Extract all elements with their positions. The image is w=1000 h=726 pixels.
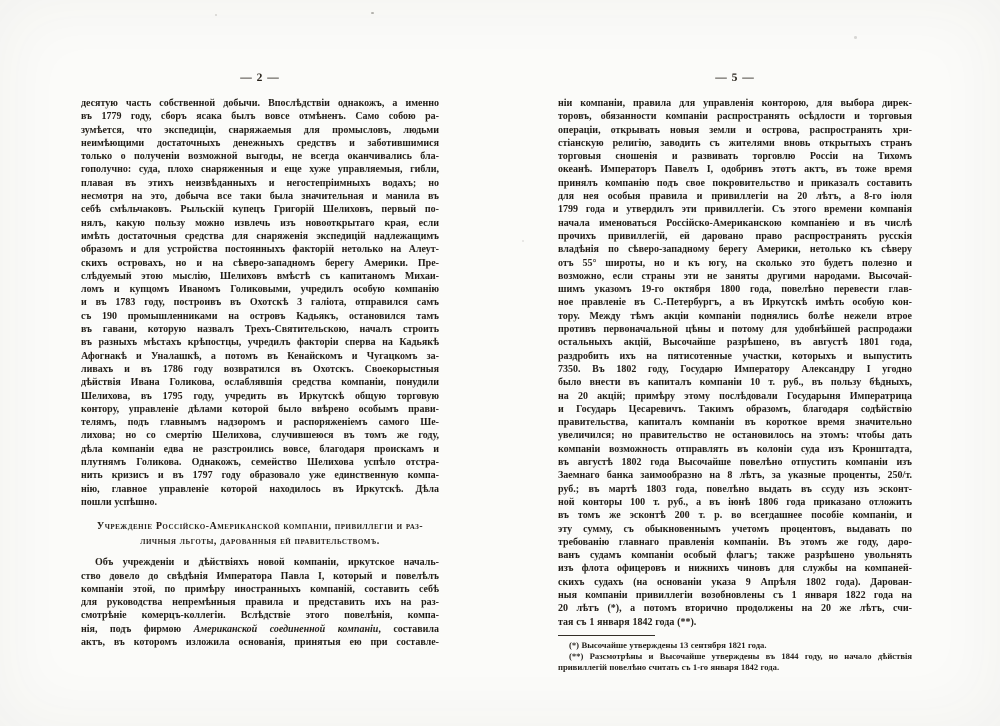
text-line: требованію главнаго правленія компаніи. … bbox=[558, 536, 912, 549]
text-line: противъ первоначальной цѣны и потому для… bbox=[558, 323, 912, 336]
text-line: актъ, въ которомъ изложила основанія, пр… bbox=[81, 636, 439, 649]
right-page: — 5 — ніи компаніи, правила для управлен… bbox=[558, 0, 912, 726]
text-line: ванъ судамъ компаніи особый флагъ; также… bbox=[558, 549, 912, 562]
footnote-rule bbox=[558, 635, 655, 636]
left-page-number: — 2 — bbox=[81, 72, 439, 84]
left-page: — 2 — десятую часть собственной добычи. … bbox=[81, 0, 439, 726]
text-line: океанѣ. Императоръ Павелъ I, одобривъ эт… bbox=[558, 163, 912, 176]
paragraph: Объ учрежденіи и дѣйствіяхъ новой компан… bbox=[81, 556, 439, 649]
text-line: Объ учрежденіи и дѣйствіяхъ новой компан… bbox=[81, 556, 439, 569]
text-line: торговыя сношенія и развивать торговлю Р… bbox=[558, 150, 912, 163]
text-line: гополучно: суда, плохо снаряженныя и еще… bbox=[81, 163, 439, 176]
text-line: въ августѣ 1802 года Высочайше повелѣно … bbox=[558, 456, 912, 469]
heading-line: Учрежденіе Россійско-Американской компан… bbox=[81, 520, 439, 535]
text-line: плутнямъ Голикова. Однакожъ, семейство Ш… bbox=[81, 456, 439, 469]
text-line: несмотря на это, добыча все таки была зн… bbox=[81, 190, 439, 203]
text-line: для нея особыя правила и привиллегіи на … bbox=[558, 190, 912, 203]
text-line: неимѣющими достаточныхъ денежныхъ средст… bbox=[81, 137, 439, 150]
text-line: нялъ, какую пользу можно извлечь изъ нов… bbox=[81, 217, 439, 230]
text-line: Заемнаго банка заимообразно на 8 лѣтъ, з… bbox=[558, 469, 912, 482]
text-line: въ гавани, которую назвалъ Трехъ-Святите… bbox=[81, 323, 439, 336]
text-line: нить кризисъ и въ 1797 году образовало у… bbox=[81, 469, 439, 482]
text-line: ливахъ и въ 1786 году возвратился въ Охо… bbox=[81, 363, 439, 376]
text-line: 20 лѣтъ (*), а потомъ вторично продолжен… bbox=[558, 602, 912, 615]
text-line: зумѣется, что экспедиціи, снаряжаемыя дл… bbox=[81, 124, 439, 137]
text-line: ломъ и купцомъ Иваномъ Голиковыми, учред… bbox=[81, 283, 439, 296]
text-line: компаніи возможность отправлять въ колон… bbox=[558, 443, 912, 456]
paragraph: ніи компаніи, правила для управленія кон… bbox=[558, 97, 912, 629]
text-line: стіанскую религію, заводить съ жителями … bbox=[558, 137, 912, 150]
text-line: образомъ и для устройства постоянныхъ фа… bbox=[81, 243, 439, 256]
text-line: Афогнакѣ и Уналашкѣ, а потомъ въ Кенайск… bbox=[81, 350, 439, 363]
text-line: имѣть достаточныя средства для снаряжені… bbox=[81, 230, 439, 243]
text-line: прочихъ привиллегій, ей даровано право р… bbox=[558, 230, 912, 243]
text-line: остальныхъ акцій, Высочайше разрѣшено, в… bbox=[558, 336, 912, 349]
text-line: только о полученіи возможной выгоды, не … bbox=[81, 150, 439, 163]
text-line: въ 1779 году, сборъ ясака былъ вовсе отм… bbox=[81, 110, 439, 123]
heading: Учрежденіе Россійско-Американской компан… bbox=[81, 520, 439, 549]
italic-text: Американской соединенной компаніи bbox=[194, 624, 379, 635]
text-line: скихъ островахъ, но и на сѣверо-западном… bbox=[81, 257, 439, 270]
text-line: скихъ судахъ (на основаніи указа 9 Апрѣл… bbox=[558, 576, 912, 589]
left-text-block: десятую часть собственной добычи. Впослѣ… bbox=[81, 97, 439, 649]
footnote: (**) Разсмотрѣны и Высочайше утверждены … bbox=[558, 651, 912, 673]
text-line: (*) Высочайше утверждены 13 сентября 182… bbox=[558, 640, 912, 651]
text-line: 7350. Въ 1802 году, Государю Императору … bbox=[558, 363, 912, 376]
text-line: и въ 1783 году, построивъ въ Охотскѣ 3 г… bbox=[81, 296, 439, 309]
scan-speck bbox=[854, 36, 857, 39]
text-line: изъ флота офицеровъ и нижнихъ чиновъ для… bbox=[558, 562, 912, 575]
text-line: слѣдуемый этою мыслію, Шелиховъ вмѣстѣ с… bbox=[81, 270, 439, 283]
text-line: пошли успѣшно. bbox=[81, 496, 439, 509]
text-line: тая съ 1 января 1842 года (**). bbox=[558, 616, 912, 629]
text-line: правительства, капиталъ компаніи въ коро… bbox=[558, 416, 912, 429]
text-line: телямъ, подъ главнымъ надзоромъ и распор… bbox=[81, 416, 439, 429]
text-line: шимъ указомъ 19-го октября 1800 года, по… bbox=[558, 283, 912, 296]
text-line: ство довело до свѣдѣнія Императора Павла… bbox=[81, 570, 439, 583]
text-line: контору, управленіе дѣлами которой было … bbox=[81, 403, 439, 416]
text-line: принялъ компанію подъ свое покровительст… bbox=[558, 177, 912, 190]
text-line: торовъ, обязанности компаніи распростран… bbox=[558, 110, 912, 123]
footnote: (*) Высочайше утверждены 13 сентября 182… bbox=[558, 640, 912, 651]
heading-line: личныя льготы, дарованныя ей правительст… bbox=[81, 535, 439, 550]
text-line: владѣнія по сѣверо-западному берегу Амер… bbox=[558, 243, 912, 256]
text-line: было внести въ капиталъ компаніи 10 т. р… bbox=[558, 376, 912, 389]
text-line: на 20 акцій; примѣру этому послѣдовали Г… bbox=[558, 390, 912, 403]
book-scan: — 2 — десятую часть собственной добычи. … bbox=[0, 0, 1000, 726]
scan-speck bbox=[522, 240, 524, 242]
text-line: въ томъ же эсконтѣ 200 т. р. во всегдашн… bbox=[558, 509, 912, 522]
text-line: и Государь Цесаревичъ. Такимъ образомъ, … bbox=[558, 403, 912, 416]
text-line: съ 190 промышленниками на островъ Кадьяк… bbox=[81, 310, 439, 323]
text-line: отъ 55° широты, но и къ югу, на сколько … bbox=[558, 257, 912, 270]
text-line: десятую часть собственной добычи. Впослѣ… bbox=[81, 97, 439, 110]
text-line: операціи, открывать новыя земли и остров… bbox=[558, 124, 912, 137]
text-line: компаніи этой, по примѣру иностранныхъ к… bbox=[81, 583, 439, 596]
text-line: смотрѣніе комерцъ-коллегіи. Вслѣдствіе э… bbox=[81, 609, 439, 622]
text-line: привиллегій повелѣно считать съ 1-го янв… bbox=[558, 662, 912, 673]
text-line: (**) Разсмотрѣны и Высочайше утверждены … bbox=[558, 651, 912, 662]
scan-speck bbox=[371, 12, 374, 14]
text-line: плавая въ этихъ неизвѣданныхъ и негостеп… bbox=[81, 177, 439, 190]
text-line: дѣла компаніи едва не разстроились вовсе… bbox=[81, 443, 439, 456]
text-line: ной конторы 100 т. руб., а въ іюнѣ 1806 … bbox=[558, 496, 912, 509]
text-line: 1799 года и утвердилъ эти привиллегіи. С… bbox=[558, 203, 912, 216]
text-line: руб.; въ мартѣ 1803 года, повелѣно выдат… bbox=[558, 483, 912, 496]
text-line: эту сумму, съ обыкновеннымъ учетомъ проц… bbox=[558, 523, 912, 536]
text-line: себѣ смѣльчаковъ. Рыльскій купецъ Григор… bbox=[81, 203, 439, 216]
text-line: лихова; но со смертію Шелихова, случивше… bbox=[81, 429, 439, 442]
text-line: нія, подъ фирмою Американской соединенно… bbox=[81, 623, 439, 636]
text-line: возможно, если страны эти не заняты друг… bbox=[558, 270, 912, 283]
paragraph: десятую часть собственной добычи. Впослѣ… bbox=[81, 97, 439, 509]
scan-speck bbox=[215, 14, 217, 16]
text-line: нію, главное управленіе которой находило… bbox=[81, 483, 439, 496]
text-line: для руководства непремѣнныя правила и пр… bbox=[81, 596, 439, 609]
text-line: Шелихова, въ 1795 году, учредить въ Ирку… bbox=[81, 390, 439, 403]
right-page-number: — 5 — bbox=[558, 72, 912, 84]
text-line: начала именоваться Россійско-Американско… bbox=[558, 217, 912, 230]
text-line: увеличился; но правительство не останови… bbox=[558, 429, 912, 442]
right-text-block: ніи компаніи, правила для управленія кон… bbox=[558, 97, 912, 673]
text-line: дѣйствія Ивана Голикова, ослаблявшія сре… bbox=[81, 376, 439, 389]
text-line: ное правленіе въ С.-Петербургъ, а въ Ирк… bbox=[558, 296, 912, 309]
text-line: тору. Между тѣмъ акціи компаніи поднялис… bbox=[558, 310, 912, 323]
text-line: въ разныхъ мѣстахъ крѣпостцы, учредилъ ф… bbox=[81, 336, 439, 349]
text-line: ныя компаніи привиллегіи возобновлены съ… bbox=[558, 589, 912, 602]
text-line: ніи компаніи, правила для управленія кон… bbox=[558, 97, 912, 110]
text-line: раздробить ихъ на пятисотенные участки, … bbox=[558, 350, 912, 363]
